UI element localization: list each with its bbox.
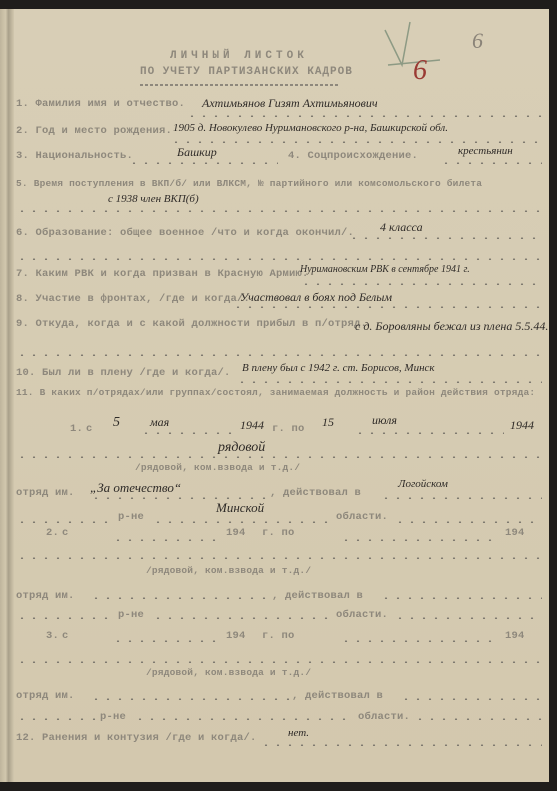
field-2-dots [170, 141, 542, 143]
period-3-district-dots [16, 718, 96, 720]
period-1-position-dots [16, 456, 542, 458]
field-4-value: крестьянин [458, 145, 513, 157]
field-12-label: 12. Ранения и контузия /где и когда/. [16, 732, 257, 744]
period-3-region-dots-2 [414, 718, 542, 720]
period-3-index: 3. [46, 630, 59, 642]
period-1-to-dots [354, 432, 504, 434]
period-1-index: 1. [70, 423, 83, 435]
field-1-value: Ахтимьянов Гизят Ахтимьянович [202, 96, 378, 111]
field-7-dots [300, 283, 542, 285]
period-2-unit-dots [90, 597, 270, 599]
field-12-dots [260, 744, 542, 746]
field-3-dots [128, 162, 278, 164]
field-6-dots-2 [16, 258, 542, 260]
period-1-district-label: р-не [118, 511, 144, 523]
period-3-region-dots [134, 718, 354, 720]
field-10-label: 10. Был ли в плену /где и когда/. [16, 367, 231, 379]
scan-border-right [549, 0, 557, 791]
field-8-dots [232, 306, 542, 308]
field-11-label: 11. В каких п/отрядах/или группах/состоя… [16, 387, 535, 398]
field-5-value: с 1938 член ВКП(б) [108, 193, 199, 205]
period-2-from-year: 194 [226, 527, 246, 539]
period-2-from-prefix: с [62, 527, 69, 539]
title-underline [140, 84, 338, 86]
period-1-acted-dots [380, 497, 542, 499]
period-3-position-dots [16, 661, 542, 663]
field-8-label: 8. Участие в фронтах, /где и когда/. [16, 293, 250, 305]
period-2-to-prefix: г. по [262, 527, 295, 539]
field-7-label: 7. Каким РВК и когда призван в Красную А… [16, 268, 309, 280]
field-10-value: В плену был с 1942 г. ст. Борисов, Минск [242, 362, 435, 374]
period-2-district-dots [16, 617, 116, 619]
field-11-label-text: 11. В каких п/отрядах/или группах/состоя… [16, 387, 535, 398]
field-3-value: Башкир [177, 145, 217, 160]
period-2-position-hint: /рядовой, ком.взвода и т.д./ [146, 565, 311, 576]
period-2-position-dots [16, 557, 542, 559]
pencil-page-number: 6 [472, 28, 483, 54]
period-1-unit-value: „За отечество“ [90, 480, 181, 496]
period-2-from-dots [112, 539, 222, 541]
document-subtitle: ПО УЧЕТУ ПАРТИЗАНСКИХ КАДРОВ [140, 66, 353, 78]
period-1-region-label: области. [336, 511, 388, 523]
field-9-value-text: с д. Боровляны бежал из плена 5.5.44. [355, 319, 548, 333]
period-3-region-label: области. [358, 711, 410, 723]
period-3-from-dots [112, 640, 222, 642]
binding-edge [0, 9, 14, 782]
period-1-district-dots [16, 521, 116, 523]
field-4-dots [440, 162, 542, 164]
period-2-region-dots-2 [394, 617, 542, 619]
period-1-from-year: 1944 [240, 418, 264, 433]
period-3-acted-dots [400, 698, 542, 700]
period-1-to-month: июля [372, 413, 397, 428]
scan-border-top [0, 0, 557, 9]
period-1-from-month: мая [150, 415, 169, 430]
period-3-to-prefix: г. по [262, 630, 295, 642]
field-2-value: 1905 д. Новокулево Нуримановского р-на, … [173, 122, 448, 134]
field-2-label: 2. Год и место рождения. [16, 125, 172, 137]
field-8-value: Участвовал в боях под Белым [240, 290, 392, 305]
period-3-from-year: 194 [226, 630, 246, 642]
period-3-unit-dots [90, 698, 290, 700]
field-6-label: 6. Образование: общее военное /что и ког… [16, 227, 354, 239]
scan-border-bottom [0, 782, 557, 791]
period-1-to-prefix: г. по [272, 423, 305, 435]
period-2-acted-label: , действовал в [272, 590, 363, 602]
red-page-number: 6 [413, 55, 427, 87]
field-1-dots [186, 115, 542, 117]
period-1-region-dots-2 [394, 521, 542, 523]
period-1-to-day: 15 [322, 415, 334, 430]
period-2-unit-label: отряд им. [16, 590, 75, 602]
period-3-to-dots [340, 640, 500, 642]
field-1-label: 1. Фамилия имя и отчество. [16, 98, 185, 110]
period-3-unit-label: отряд им. [16, 690, 75, 702]
period-2-district-label: р-не [118, 609, 144, 621]
period-3-from-prefix: с [62, 630, 69, 642]
period-1-position: рядовой [218, 440, 265, 456]
field-5-label: 5. Время поступления в ВКП/б/ или ВЛКСМ,… [16, 178, 482, 189]
period-1-region-dots [152, 521, 332, 523]
period-1-position-hint: /рядовой, ком.взвода и т.д./ [135, 462, 300, 473]
field-9-label: 9. Откуда, когда и с какой должности при… [16, 318, 367, 330]
period-1-unit-label: отряд им. [16, 487, 75, 499]
field-10-dots [236, 381, 542, 383]
field-5-dots [16, 210, 542, 212]
period-1-region-value: Минской [216, 500, 264, 516]
period-1-from-dots [140, 432, 238, 434]
document-title: ЛИЧНЫЙ ЛИСТОК [170, 50, 308, 62]
field-12-value: нет. [288, 727, 309, 739]
field-6-value: 4 класса [380, 220, 423, 235]
pencil-check-mark-icon [380, 20, 440, 70]
period-1-from-prefix: с [86, 423, 93, 435]
period-1-from-day: 5 [113, 415, 120, 431]
field-6-dots [348, 237, 542, 239]
period-1-unit-dots [90, 497, 270, 499]
field-7-value: Нуримановским РВК в сентябре 1941 г. [300, 264, 470, 275]
period-1-to-year: 1944 [510, 418, 534, 433]
period-2-region-label: области. [336, 609, 388, 621]
period-3-acted-label: , действовал в [292, 690, 383, 702]
period-3-to-year: 194 [505, 630, 525, 642]
period-3-district-label: р-не [100, 711, 126, 723]
period-2-acted-dots [380, 597, 542, 599]
period-2-to-year: 194 [505, 527, 525, 539]
period-1-acted-value: Логойском [398, 478, 448, 490]
period-3-position-hint: /рядовой, ком.взвода и т.д./ [146, 667, 311, 678]
period-1-acted-label: , действовал в [270, 487, 361, 499]
field-9-value: с д. Боровляны бежал из плена 5.5.44. [355, 313, 555, 339]
field-9-dots [16, 354, 542, 356]
period-2-index: 2. [46, 527, 59, 539]
period-2-region-dots [152, 617, 332, 619]
period-2-to-dots [340, 539, 500, 541]
field-4-label: 4. Соцпроисхождение. [288, 150, 418, 162]
field-3-label: 3. Национальность. [16, 150, 133, 162]
